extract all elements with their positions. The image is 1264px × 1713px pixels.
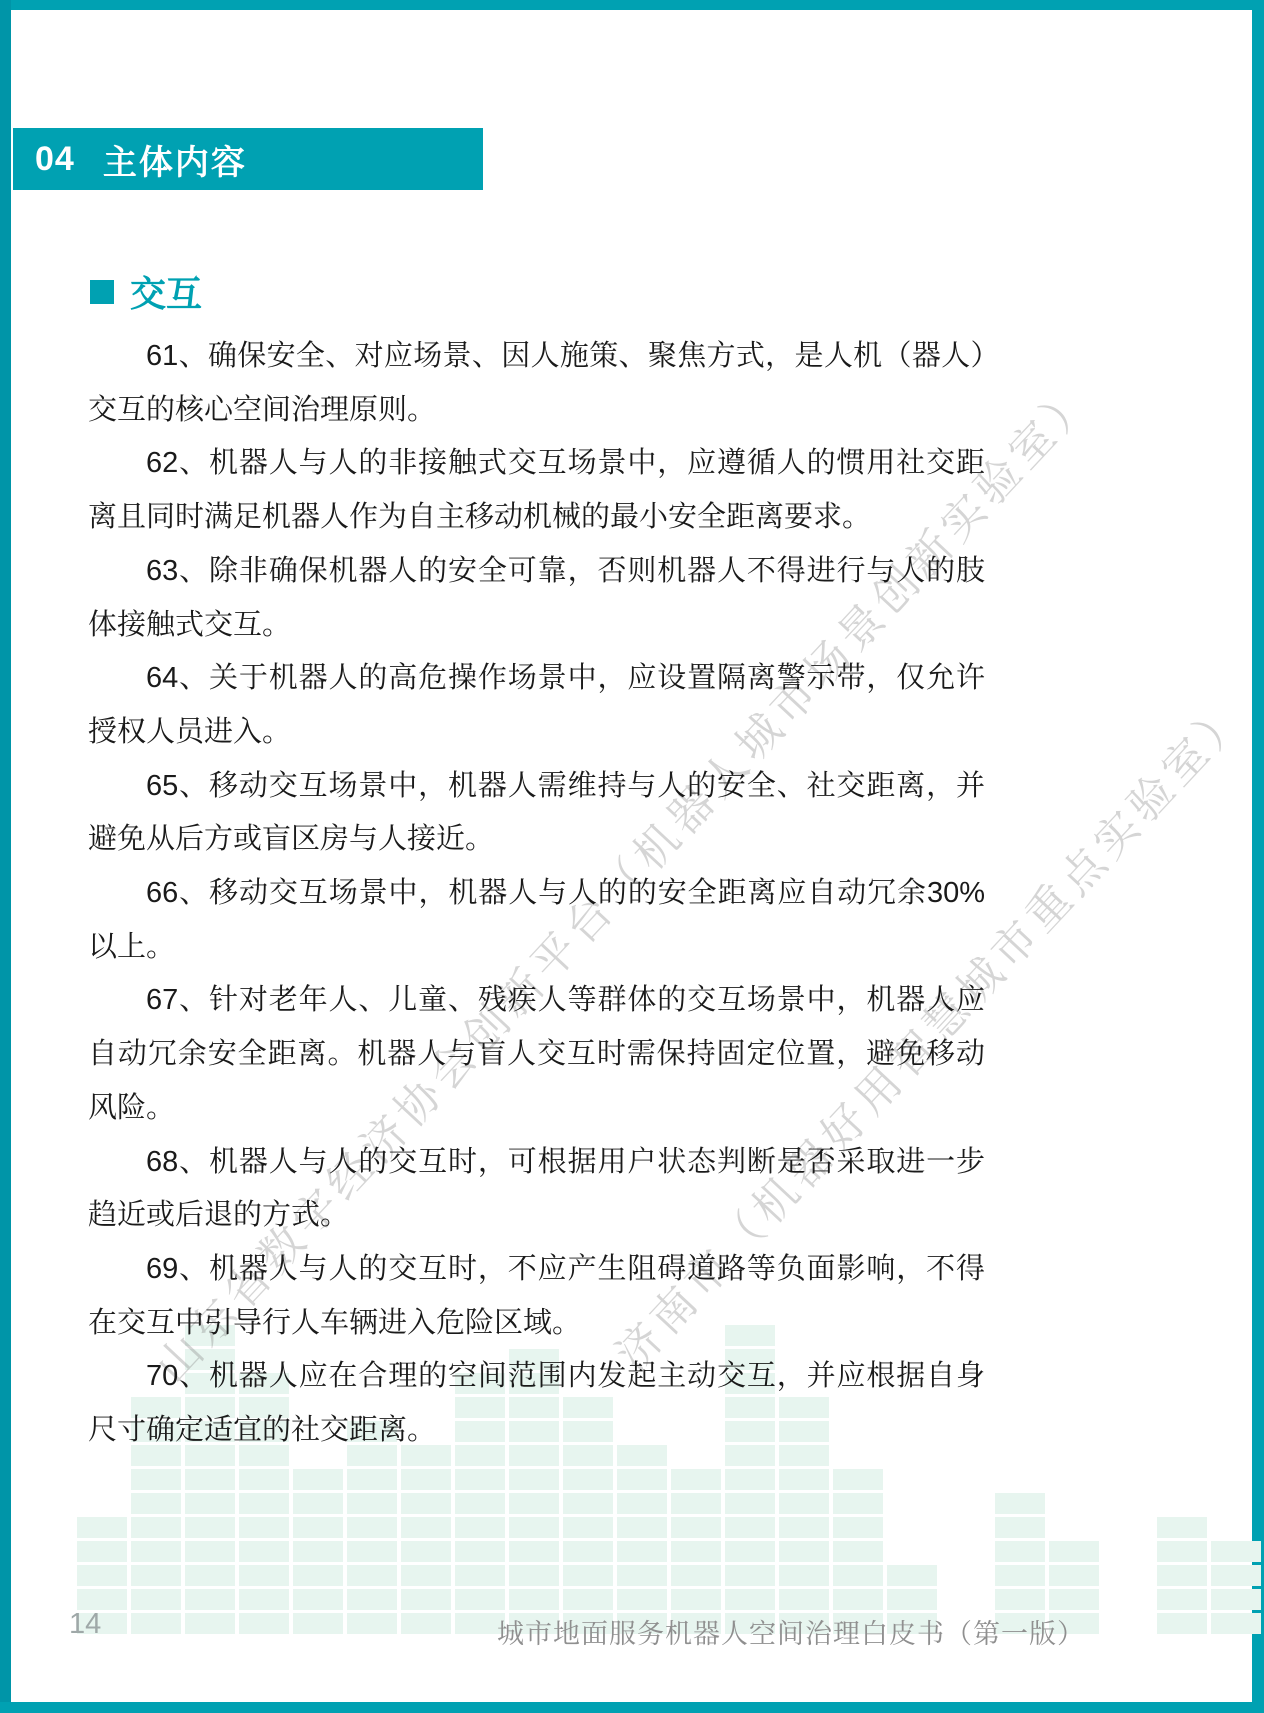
decor-block xyxy=(455,1493,505,1514)
decor-block xyxy=(185,1613,235,1634)
decor-block xyxy=(725,1493,775,1514)
decor-block xyxy=(671,1541,721,1562)
decor-block xyxy=(995,1517,1045,1538)
paragraph-66: 66、移动交互场景中，机器人与人的的安全距离应自动冗余30%以上。 xyxy=(88,867,985,974)
paragraph-63: 63、除非确保机器人的安全可靠，否则机器人不得进行与人的肢体接触式交互。 xyxy=(88,545,985,652)
decor-block xyxy=(509,1541,559,1562)
body-text-block: 61、确保安全、对应场景、因人施策、聚焦方式，是人机（器人）交互的核心空间治理原… xyxy=(88,330,985,1458)
decor-block xyxy=(1211,1589,1261,1610)
decor-block xyxy=(293,1469,343,1490)
decor-block xyxy=(455,1541,505,1562)
page-number: 14 xyxy=(69,1608,101,1641)
decor-block xyxy=(671,1517,721,1538)
decor-block xyxy=(1049,1565,1099,1586)
decor-block xyxy=(1049,1589,1099,1610)
decor-block xyxy=(671,1493,721,1514)
decor-block xyxy=(833,1589,883,1610)
whitepaper-page: 04 主体内容 交互 山东省数字经济协会创新平台（机器人城市场景创新实验室） 济… xyxy=(0,0,1264,1713)
paragraph-64: 64、关于机器人的高危操作场景中，应设置隔离警示带，仅允许授权人员进入。 xyxy=(88,652,985,759)
decor-block xyxy=(1211,1613,1261,1634)
decor-block xyxy=(131,1589,181,1610)
decor-block xyxy=(833,1469,883,1490)
decor-block xyxy=(185,1589,235,1610)
decor-block xyxy=(509,1469,559,1490)
decor-block xyxy=(509,1565,559,1586)
decor-block xyxy=(131,1565,181,1586)
decor-block xyxy=(671,1589,721,1610)
decor-block xyxy=(77,1565,127,1586)
decor-block xyxy=(563,1469,613,1490)
decor-block xyxy=(1157,1541,1207,1562)
decor-block xyxy=(779,1589,829,1610)
decor-block xyxy=(509,1493,559,1514)
decor-block xyxy=(617,1517,667,1538)
paragraph-70: 70、机器人应在合理的空间范围内发起主动交互，并应根据自身尺寸确定适宜的社交距离… xyxy=(88,1350,985,1457)
decor-block xyxy=(185,1469,235,1490)
decor-block xyxy=(617,1565,667,1586)
decor-block xyxy=(617,1493,667,1514)
decor-block xyxy=(887,1589,937,1610)
decor-block xyxy=(401,1469,451,1490)
decor-block xyxy=(131,1613,181,1634)
decor-block xyxy=(833,1565,883,1586)
decor-block xyxy=(131,1469,181,1490)
footer-book-title: 城市地面服务机器人空间治理白皮书（第一版） xyxy=(497,1612,1085,1651)
paragraph-68: 68、机器人与人的交互时，可根据用户状态判断是否采取进一步趋近或后退的方式。 xyxy=(88,1136,985,1243)
decor-block xyxy=(293,1517,343,1538)
decor-block xyxy=(347,1565,397,1586)
decor-block xyxy=(725,1565,775,1586)
decor-block xyxy=(617,1541,667,1562)
decor-block xyxy=(509,1589,559,1610)
decor-block xyxy=(185,1517,235,1538)
decor-block xyxy=(563,1565,613,1586)
decor-block xyxy=(671,1565,721,1586)
paragraph-69: 69、机器人与人的交互时，不应产生阻碍道路等负面影响，不得在交互中引导行人车辆进… xyxy=(88,1243,985,1350)
paragraph-62: 62、机器人与人的非接触式交互场景中，应遵循人的惯用社交距离且同时满足机器人作为… xyxy=(88,437,985,544)
decor-block xyxy=(131,1493,181,1514)
decor-block xyxy=(725,1517,775,1538)
decor-block xyxy=(1049,1541,1099,1562)
decor-block xyxy=(77,1517,127,1538)
decor-block xyxy=(995,1493,1045,1514)
decor-block xyxy=(563,1517,613,1538)
decor-block xyxy=(77,1541,127,1562)
decor-block xyxy=(239,1493,289,1514)
decor-block xyxy=(1211,1541,1261,1562)
decor-block xyxy=(131,1541,181,1562)
decor-block xyxy=(185,1541,235,1562)
decor-block xyxy=(833,1493,883,1514)
decor-block xyxy=(239,1517,289,1538)
decor-block xyxy=(995,1589,1045,1610)
decor-block xyxy=(77,1589,127,1610)
decor-block xyxy=(1157,1565,1207,1586)
decor-block xyxy=(617,1589,667,1610)
decor-block xyxy=(779,1493,829,1514)
decor-block xyxy=(455,1589,505,1610)
decor-block xyxy=(401,1613,451,1634)
decor-block xyxy=(347,1469,397,1490)
decor-block xyxy=(293,1613,343,1634)
decor-block xyxy=(401,1493,451,1514)
decor-block xyxy=(239,1469,289,1490)
decor-block xyxy=(293,1589,343,1610)
decor-block xyxy=(455,1565,505,1586)
decor-block xyxy=(185,1565,235,1586)
decor-block xyxy=(779,1565,829,1586)
decor-block xyxy=(185,1493,235,1514)
decor-block xyxy=(347,1589,397,1610)
decor-block xyxy=(779,1517,829,1538)
paragraph-67: 67、针对老年人、儿童、残疾人等群体的交互场景中，机器人应自动冗余安全距离。机器… xyxy=(88,974,985,1135)
decor-block xyxy=(779,1469,829,1490)
decor-block xyxy=(347,1517,397,1538)
decor-block xyxy=(401,1589,451,1610)
decor-block xyxy=(725,1469,775,1490)
decor-block xyxy=(239,1541,289,1562)
decor-block xyxy=(833,1541,883,1562)
decor-block xyxy=(995,1541,1045,1562)
decor-block xyxy=(293,1493,343,1514)
decor-block xyxy=(617,1469,667,1490)
decor-block xyxy=(725,1589,775,1610)
decor-block xyxy=(239,1589,289,1610)
decor-block xyxy=(887,1565,937,1586)
decor-block xyxy=(293,1541,343,1562)
decor-block xyxy=(563,1541,613,1562)
decor-block xyxy=(455,1517,505,1538)
decor-block xyxy=(293,1565,343,1586)
decor-block xyxy=(833,1517,883,1538)
decor-block xyxy=(347,1493,397,1514)
decor-block xyxy=(1157,1613,1207,1634)
decor-block xyxy=(401,1541,451,1562)
decor-block xyxy=(347,1541,397,1562)
decor-block xyxy=(563,1493,613,1514)
decor-block xyxy=(995,1565,1045,1586)
decor-block xyxy=(1157,1517,1207,1538)
paragraph-65: 65、移动交互场景中，机器人需维持与人的安全、社交距离，并避免从后方或盲区房与人… xyxy=(88,760,985,867)
decor-block xyxy=(347,1613,397,1634)
decor-block xyxy=(1211,1565,1261,1586)
decor-block xyxy=(131,1517,181,1538)
decor-block xyxy=(401,1517,451,1538)
decor-block xyxy=(509,1517,559,1538)
paragraph-61: 61、确保安全、对应场景、因人施策、聚焦方式，是人机（器人）交互的核心空间治理原… xyxy=(88,330,985,437)
decor-block xyxy=(1157,1589,1207,1610)
decor-block xyxy=(779,1541,829,1562)
decor-block xyxy=(725,1541,775,1562)
decor-block xyxy=(401,1565,451,1586)
decor-block xyxy=(239,1613,289,1634)
decor-block xyxy=(239,1565,289,1586)
decor-block xyxy=(671,1469,721,1490)
decor-block xyxy=(563,1589,613,1610)
decor-block xyxy=(455,1469,505,1490)
